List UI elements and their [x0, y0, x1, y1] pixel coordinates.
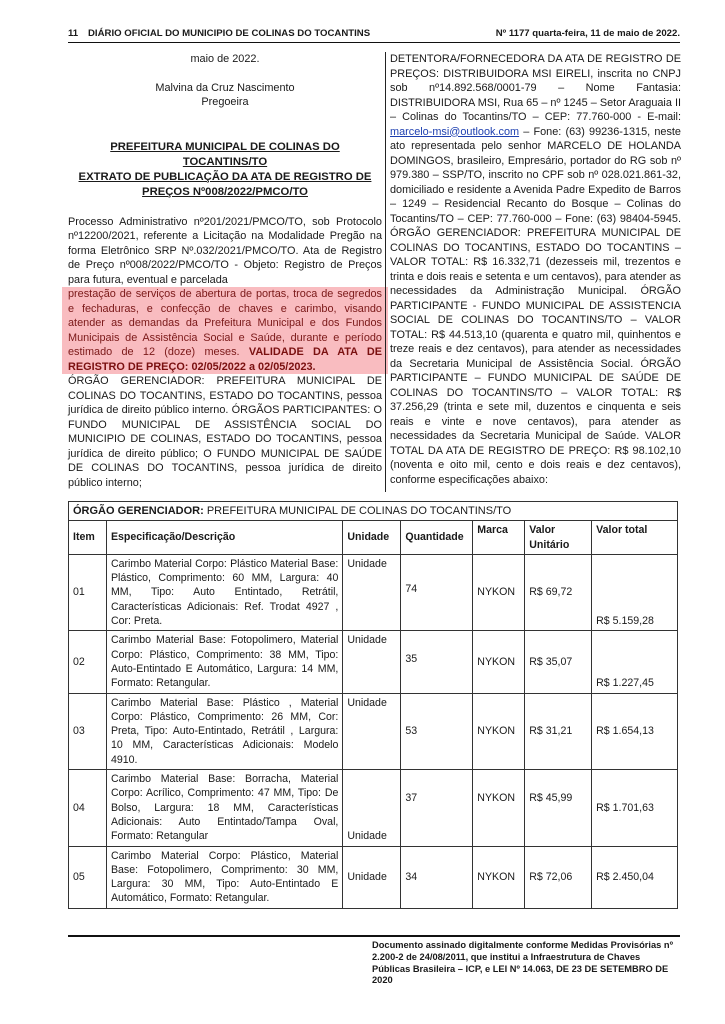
supplier-text: DETENTORA/FORNECEDORA DA ATA DE REGISTRO… — [390, 53, 681, 123]
section-heading-entity: PREFEITURA MUNICIPAL DE COLINAS DO TOCAN… — [68, 140, 382, 170]
description-cell: Carimbo Material Base: Plástico , Materi… — [106, 693, 342, 769]
total-price-cell: R$ 1.227,45 — [592, 631, 678, 693]
page-header: 11 DIÁRIO OFICIAL DO MUNICIPIO DE COLINA… — [68, 28, 680, 43]
col-header-total: Valor total — [592, 521, 678, 555]
unit-cell: Unidade — [343, 693, 401, 769]
digital-signature-note: Documento assinado digitalmente conforme… — [372, 940, 678, 987]
supplier-email-link[interactable]: marcelo-msi@outlook.com — [390, 126, 519, 138]
description-cell: Carimbo Material Corpo: Plástico, Materi… — [106, 846, 342, 908]
unit-price-cell: R$ 35,07 — [525, 631, 592, 693]
table-row: 04Carimbo Material Base: Borracha, Mater… — [69, 770, 678, 846]
brand-cell: NYKON — [473, 631, 525, 693]
quantity-cell: 34 — [401, 846, 473, 908]
col-header-unit: Unidade — [343, 521, 401, 555]
orgaos-text: ÓRGÃO GERENCIADOR: PREFEITURA MUNICIPAL … — [68, 375, 382, 489]
process-paragraph: Processo Administrativo nº201/2021/PMCO/… — [68, 215, 382, 491]
unit-price-cell: R$ 31,21 — [525, 693, 592, 769]
table-row: 03Carimbo Material Base: Plástico , Mate… — [69, 693, 678, 769]
orgao-value: PREFEITURA MUNICIPAL DE COLINAS DO TOCAN… — [204, 505, 511, 517]
process-intro: Processo Administrativo nº201/2021/PMCO/… — [68, 216, 382, 286]
orgao-label: ÓRGÃO GERENCIADOR: — [73, 505, 204, 517]
item-cell: 01 — [69, 554, 107, 630]
quantity-cell: 74 — [401, 554, 473, 630]
unit-price-cell: R$ 72,06 — [525, 846, 592, 908]
description-cell: Carimbo Material Corpo: Plástico Materia… — [106, 554, 342, 630]
description-cell: Carimbo Material Base: Fotopolimero, Mat… — [106, 631, 342, 693]
col-header-item: Item — [69, 521, 107, 555]
description-cell: Carimbo Material Base: Borracha, Materia… — [106, 770, 342, 846]
total-price-cell: R$ 5.159,28 — [592, 554, 678, 630]
table-orgao-cell: ÓRGÃO GERENCIADOR: PREFEITURA MUNICIPAL … — [69, 502, 678, 521]
total-price-cell: R$ 1.654,13 — [592, 693, 678, 769]
unit-cell: Unidade — [343, 631, 401, 693]
col-header-brand: Marca — [473, 521, 525, 555]
total-price-cell: R$ 1.701,63 — [592, 770, 678, 846]
right-column: DETENTORA/FORNECEDORA DA ATA DE REGISTRO… — [385, 52, 681, 492]
date-tail: maio de 2022. — [68, 52, 382, 67]
highlighted-object: prestação de serviços de abertura de por… — [62, 287, 388, 374]
unit-cell: Unidade — [343, 846, 401, 908]
publication-title: DIÁRIO OFICIAL DO MUNICIPIO DE COLINAS D… — [88, 28, 370, 39]
quantity-cell: 35 — [401, 631, 473, 693]
supplier-details-text: – Fone: (63) 99236-1315, neste ato repre… — [390, 126, 681, 486]
item-cell: 03 — [69, 693, 107, 769]
unit-price-cell: R$ 45,99 — [525, 770, 592, 846]
table-orgao-row: ÓRGÃO GERENCIADOR: PREFEITURA MUNICIPAL … — [69, 502, 678, 521]
table-row: 02Carimbo Material Base: Fotopolimero, M… — [69, 631, 678, 693]
quantity-cell: 37 — [401, 770, 473, 846]
left-column: maio de 2022. Malvina da Cruz Nascimento… — [68, 52, 382, 490]
item-cell: 02 — [69, 631, 107, 693]
table-header-row: Item Especificação/Descrição Unidade Qua… — [69, 521, 678, 555]
table-row: 01Carimbo Material Corpo: Plástico Mater… — [69, 554, 678, 630]
brand-cell: NYKON — [473, 693, 525, 769]
section-heading-extract: EXTRATO DE PUBLICAÇÃO DA ATA DE REGISTRO… — [68, 170, 382, 200]
signer-role: Pregoeira — [68, 95, 382, 110]
item-cell: 04 — [69, 770, 107, 846]
unit-price-cell: R$ 69,72 — [525, 554, 592, 630]
brand-cell: NYKON — [473, 846, 525, 908]
signer-name: Malvina da Cruz Nascimento — [68, 81, 382, 96]
footer-divider — [68, 935, 680, 937]
items-table: ÓRGÃO GERENCIADOR: PREFEITURA MUNICIPAL … — [68, 501, 678, 909]
quantity-cell: 53 — [401, 693, 473, 769]
total-price-cell: R$ 2.450,04 — [592, 846, 678, 908]
col-header-unit-price: Valor Unitário — [525, 521, 592, 555]
brand-cell: NYKON — [473, 770, 525, 846]
page-number: 11 — [68, 28, 78, 39]
col-header-quantity: Quantidade — [401, 521, 473, 555]
edition-date: Nº 1177 quarta-feira, 11 de maio de 2022… — [496, 28, 680, 39]
unit-cell: Unidade — [343, 770, 401, 846]
brand-cell: NYKON — [473, 554, 525, 630]
item-cell: 05 — [69, 846, 107, 908]
col-header-description: Especificação/Descrição — [106, 521, 342, 555]
unit-cell: Unidade — [343, 554, 401, 630]
table-row: 05Carimbo Material Corpo: Plástico, Mate… — [69, 846, 678, 908]
